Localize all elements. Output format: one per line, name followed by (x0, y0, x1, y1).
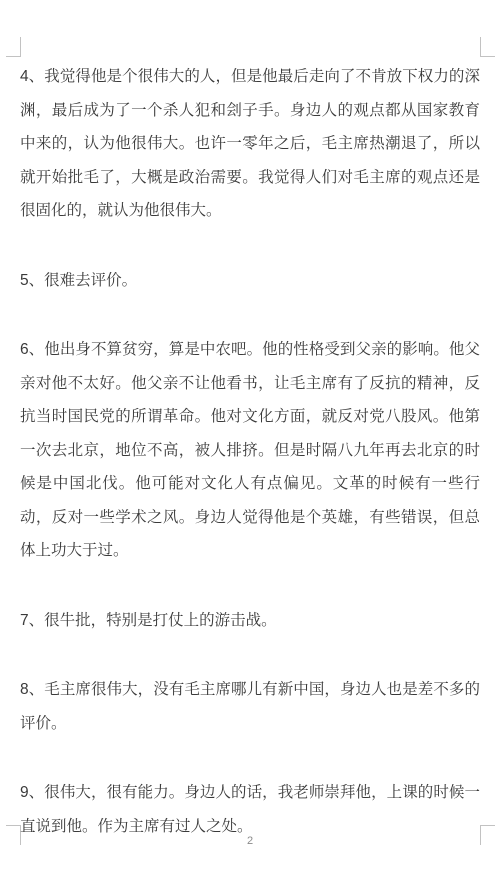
paragraph-7: 7、很牛批，特别是打仗上的游击战。 (20, 604, 480, 638)
paragraph-9: 9、很伟大，很有能力。身边人的话，我老师崇拜他，上课的时候一直说到他。作为主席有… (20, 776, 480, 843)
page-number: 2 (0, 834, 500, 848)
document-text-area: 4、我觉得他是个很伟大的人，但是他最后走向了不肯放下权力的深渊，最后成为了一个杀… (20, 60, 480, 876)
crop-mark-top-right-icon (480, 37, 495, 57)
paragraph-8: 8、毛主席很伟大，没有毛主席哪儿有新中国，身边人也是差不多的评价。 (20, 673, 480, 740)
crop-mark-top-left-icon (6, 37, 21, 57)
document-page: 4、我觉得他是个很伟大的人，但是他最后走向了不肯放下权力的深渊，最后成为了一个杀… (0, 0, 500, 876)
paragraph-6: 6、他出身不算贫穷，算是中农吧。他的性格受到父亲的影响。他父亲对他不太好。他父亲… (20, 333, 480, 568)
paragraph-4: 4、我觉得他是个很伟大的人，但是他最后走向了不肯放下权力的深渊，最后成为了一个杀… (20, 60, 480, 228)
paragraph-5: 5、很难去评价。 (20, 264, 480, 298)
